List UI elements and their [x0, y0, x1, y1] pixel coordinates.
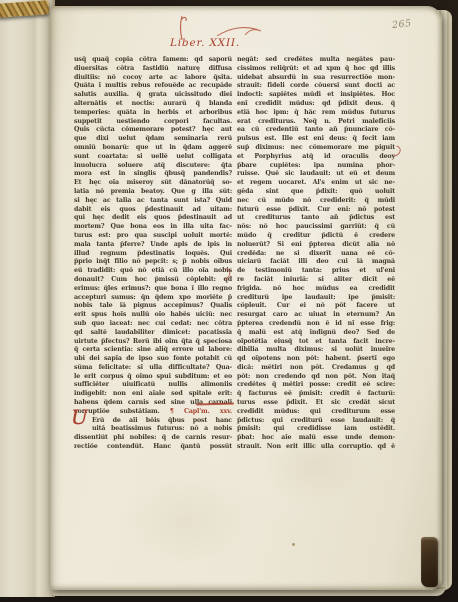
manuscript-page: Liber. XXII. 265 usq̃ quaq̃ copia cõtra …	[50, 6, 442, 590]
text-line: et regem uocaret. Al's enim ut sic ne-	[237, 179, 395, 188]
chapter-rubric: ¶ Capl'm. xxv.	[170, 408, 232, 415]
text-segment: Erũ de aĩi bõis q̃bus post hanc	[92, 417, 232, 424]
text-line: frigida. nõ hoc mũdus ea credidit	[237, 285, 395, 294]
text-line: Quis cũcta cõmemorare potest? hęc aut	[74, 126, 232, 135]
text-line: turus esse p̃dixit. Et sic credãt sicut	[237, 399, 395, 408]
text-line: erat crediturus. Neq̃ n. Petri maleficii…	[237, 118, 395, 127]
text-line: temperies: quãta in herbis et arboribus	[74, 109, 232, 118]
text-line: qd saltẽ laudabiliter dimicet: pacatissĩ…	[74, 329, 232, 338]
text-line: futurũ esse p̃dixit. Cur eni: nõ potest	[237, 206, 395, 215]
text-line: suppetit uestiendo corpori facultas.	[74, 118, 232, 127]
text-line: erit spus hoĩs nullũ oĩo habẽs uiciũ: ne…	[74, 311, 232, 320]
text-line: p̃prio inq̃t filio nõ pepcit: s; p̃ nobi…	[74, 258, 232, 267]
text-line: strauit. Non erit illic ulla corruptio. …	[237, 443, 395, 452]
text-line: p̃bat: hoc aĩe malũ esse unde demon-	[237, 434, 395, 443]
text-line: donauit? Cum hoc p̃missũ cõplebit: qd	[74, 276, 232, 285]
text-column-left: usq̃ quaq̃ copia cõtra famem: qd saporũd…	[74, 56, 232, 452]
text-segment: corruptiõe substãtiam.	[74, 408, 170, 415]
text-line: inuolucra soluere atq̃ discutere: q̃ta	[74, 162, 232, 171]
ink-speck	[292, 543, 295, 546]
text-line: strauit: fideli corde cõuersi sunt docti…	[237, 82, 395, 91]
fore-edge-tab	[421, 537, 438, 587]
text-line: p̃dictus: qui crediturũ esse laudauit: q…	[237, 417, 395, 426]
text-line: enĩ credidit mũdus: qd p̃dixit deus. q̃	[237, 100, 395, 109]
text-line: qd oĩpotens non põt: habent. p̃sertĩ ego	[237, 355, 395, 364]
facing-page-edge	[0, 0, 55, 597]
text-line: dabit eis quos p̃destinauit ad uitam:	[74, 206, 232, 215]
text-line: credẽtes q̃ mẽtiri posse: credĩt eẽ scir…	[237, 381, 395, 390]
text-line: sufficiẽter uiuificatũ nullis alimoniis	[74, 381, 232, 390]
text-line: ubi dei sapĩa de ipso suo fonte potabit …	[74, 355, 232, 364]
text-line: rectiõe contendũt. Hanc q̃antũ possũt	[74, 443, 232, 452]
text-line: indocti: sapiẽtes mũdi et insipiẽtes. Ho…	[237, 91, 395, 100]
text-line: credẽda: ne si dixerĩt uana eẽ cõ-	[237, 250, 395, 259]
text-line: nõs: nõ hoc paucissimi garriũt: q̃ cũ	[237, 223, 395, 232]
text-line: re faciãt iniuriã: si aliter dicĩt eẽ	[237, 276, 395, 285]
endband-stitching	[0, 0, 49, 18]
text-line: turus est: pro qua suscipi uoluit mortẽ:	[74, 232, 232, 241]
rubricated-initial: U	[71, 407, 88, 427]
text-segment: uitã beatissimus futurus: nõ a nobis	[92, 425, 232, 432]
text-line: accepturi sumus: q̃n q̃dem xpo moriẽte p…	[74, 294, 232, 303]
text-line: Erũ de aĩi bõis q̃bus post hanc	[74, 417, 232, 426]
text-line: dibilia multa diximus: si uolũt inueĩre	[237, 346, 395, 355]
text-line: Et hęc oĩa miseroy sũt dãnatorũq̃ so-	[74, 179, 232, 188]
text-line: q̃ facturus eẽ p̃misit: credĩt ẽ facturũ…	[237, 390, 395, 399]
text-line: põt: non credendo qd non põt. Non itaq̃	[237, 373, 395, 382]
text-line: eũ tradidit: quõ nõ etiã cũ illo oĩa nob…	[74, 267, 232, 276]
text-line: latia nõ premia beatoy. Que g illa sũt:	[74, 188, 232, 197]
text-line: cissimos reliq̃rũt: et ad xpm q̃ hoc qd …	[237, 65, 395, 74]
text-line: resurgat caro ac uiuat in eternum? An	[237, 311, 395, 320]
text-line: uirtute p̃fectus? Rerũ ibi oĩm q̃ta q̃ s…	[74, 338, 232, 347]
text-line: mortem? Que bona eos in illa uita fac-	[74, 223, 232, 232]
text-line: negãt: sed credẽtes multa negãtes pau-	[237, 56, 395, 65]
text-line: q̃ certa scientia: sine aliq̃ errore ul …	[74, 346, 232, 355]
text-line: uidebat absurdũ in sua resurrectiõe mon-	[237, 74, 395, 83]
text-line: credidit mũdus: qui crediturum esse	[237, 408, 395, 417]
text-line: indigebit: non eni aĩale sed spitale eri…	[74, 390, 232, 399]
text-line: nec cũ mũdo nõ crediderit: q̃ mũdi	[237, 197, 395, 206]
text-line: diuitiis: nõ cocoy arte ac labore q̃sita…	[74, 74, 232, 83]
text-line: omniũ bonarũ: que ut in q̃dam aggerẽ	[74, 144, 232, 153]
text-line: que dixi uelut q̃dam seminaria rerũ	[74, 135, 232, 144]
text-line: uitã beatissimus futurus: nõ a nobis	[74, 425, 232, 434]
text-line: pulsus est. Ille est eni deus: q̃ fecit …	[237, 135, 395, 144]
text-line: corruptiõe substãtiam. ¶ Capl'm. xxv.	[74, 408, 232, 417]
parchment-stain	[120, 476, 250, 566]
text-line: q̃ malũ est atq̃ indignũ deo? Sed de	[237, 329, 395, 338]
text-line: sub quo iaceat: nec cui cedat: nec cõtra	[74, 320, 232, 329]
text-line: qui hęc dedit eis quos p̃destinauit ad	[74, 214, 232, 223]
text-line: ruisse. Quẽ sic laudauit: ut eũ et deum	[237, 170, 395, 179]
text-line: sũma felicitate: sĩ ulla difficultate? Q…	[74, 364, 232, 373]
text-line: p̃pterea credendũ non ẽ id nĩ esse frig:	[237, 320, 395, 329]
text-line: usq̃ quaq̃ copia cõtra famem: qd saporũ	[74, 56, 232, 65]
text-line: et Porphyrius atq̃ id oraculis deoy	[237, 153, 395, 162]
text-line: sunt coartata: si uellẽ uelut colligata	[74, 153, 232, 162]
text-line: cõpleuit. Cur ei nõ põt facere ut	[237, 302, 395, 311]
text-line: p̃bare cupiẽtes: ipa numina phor-	[237, 162, 395, 171]
text-line: mala tanta p̃ferre? Unde apls de ipis in	[74, 241, 232, 250]
folio-number: 265	[391, 18, 412, 31]
text-line: ut crediturus tanto añ p̃dictus est	[237, 214, 395, 223]
text-line: etiã hoc ipm: q̃ hãc rem mũdus futurus	[237, 109, 395, 118]
text-line: ea cũ credentiũ tanto añ p̃nunciare cõ-	[237, 126, 395, 135]
text-line: diuersitas cõtra fastidiũ naturę diffusa	[74, 65, 232, 74]
text-line: gẽda sint que p̃dixit: quõ uoluĩt	[237, 188, 395, 197]
text-line: crediturũ ipe laudauit: ipe p̃misit:	[237, 294, 395, 303]
text-line: de testimoniũ tanta: prius et ul'eni	[237, 267, 395, 276]
text-line: si hęc ac talia ac tanta sunt ista? Quid	[74, 197, 232, 206]
running-title: Liber. XXII.	[170, 37, 240, 49]
manuscript-photo: Liber. XXII. 265 usq̃ quaq̃ copia cõtra …	[0, 0, 458, 602]
text-line: dissentiũt phi nobiles: q̃ de carnis res…	[74, 434, 232, 443]
text-line: p̃misit: qui credidisse iam ostẽdit.	[237, 425, 395, 434]
text-line: salutis auxilia. q̃ grata uicissitudo di…	[74, 91, 232, 100]
text-line: Quãta ĩ multis rebus refouẽde ac recupãd…	[74, 82, 232, 91]
text-line: uiciarũ faciãt illi deo cui iã magnã	[237, 258, 395, 267]
text-line: noluerũt? Si eni p̃pterea dicũt alia nõ	[237, 241, 395, 250]
text-line: alternãtis et noctis: aurarũ q̃ blanda	[74, 100, 232, 109]
text-line: dicã: mẽtiri non põt. Credamus g qd	[237, 364, 395, 373]
text-line: mũdo q̃ creditur p̃dictũ ẽ credere	[237, 232, 395, 241]
text-line: illud regnum p̃destinatis loquẽs. Qui	[74, 250, 232, 259]
text-line: sup̃ diximus: nec cõmemorare me piguit	[237, 144, 395, 153]
text-line: le erit corpus q̃ oĩmo spui subditum: et…	[74, 373, 232, 382]
text-column-right: negãt: sed credẽtes multa negãtes pau-ci…	[237, 56, 395, 452]
text-line: oĩpotẽtia eiusq̃ tot et tanta facit incr…	[237, 338, 395, 347]
text-line: nobis tale iã pignus accepimus? Qualis	[74, 302, 232, 311]
text-line: mora est in singlis q̃busq̃ pandendis?	[74, 170, 232, 179]
text-line: erimus: q̃les erimus?: que bona ĩ illo r…	[74, 285, 232, 294]
